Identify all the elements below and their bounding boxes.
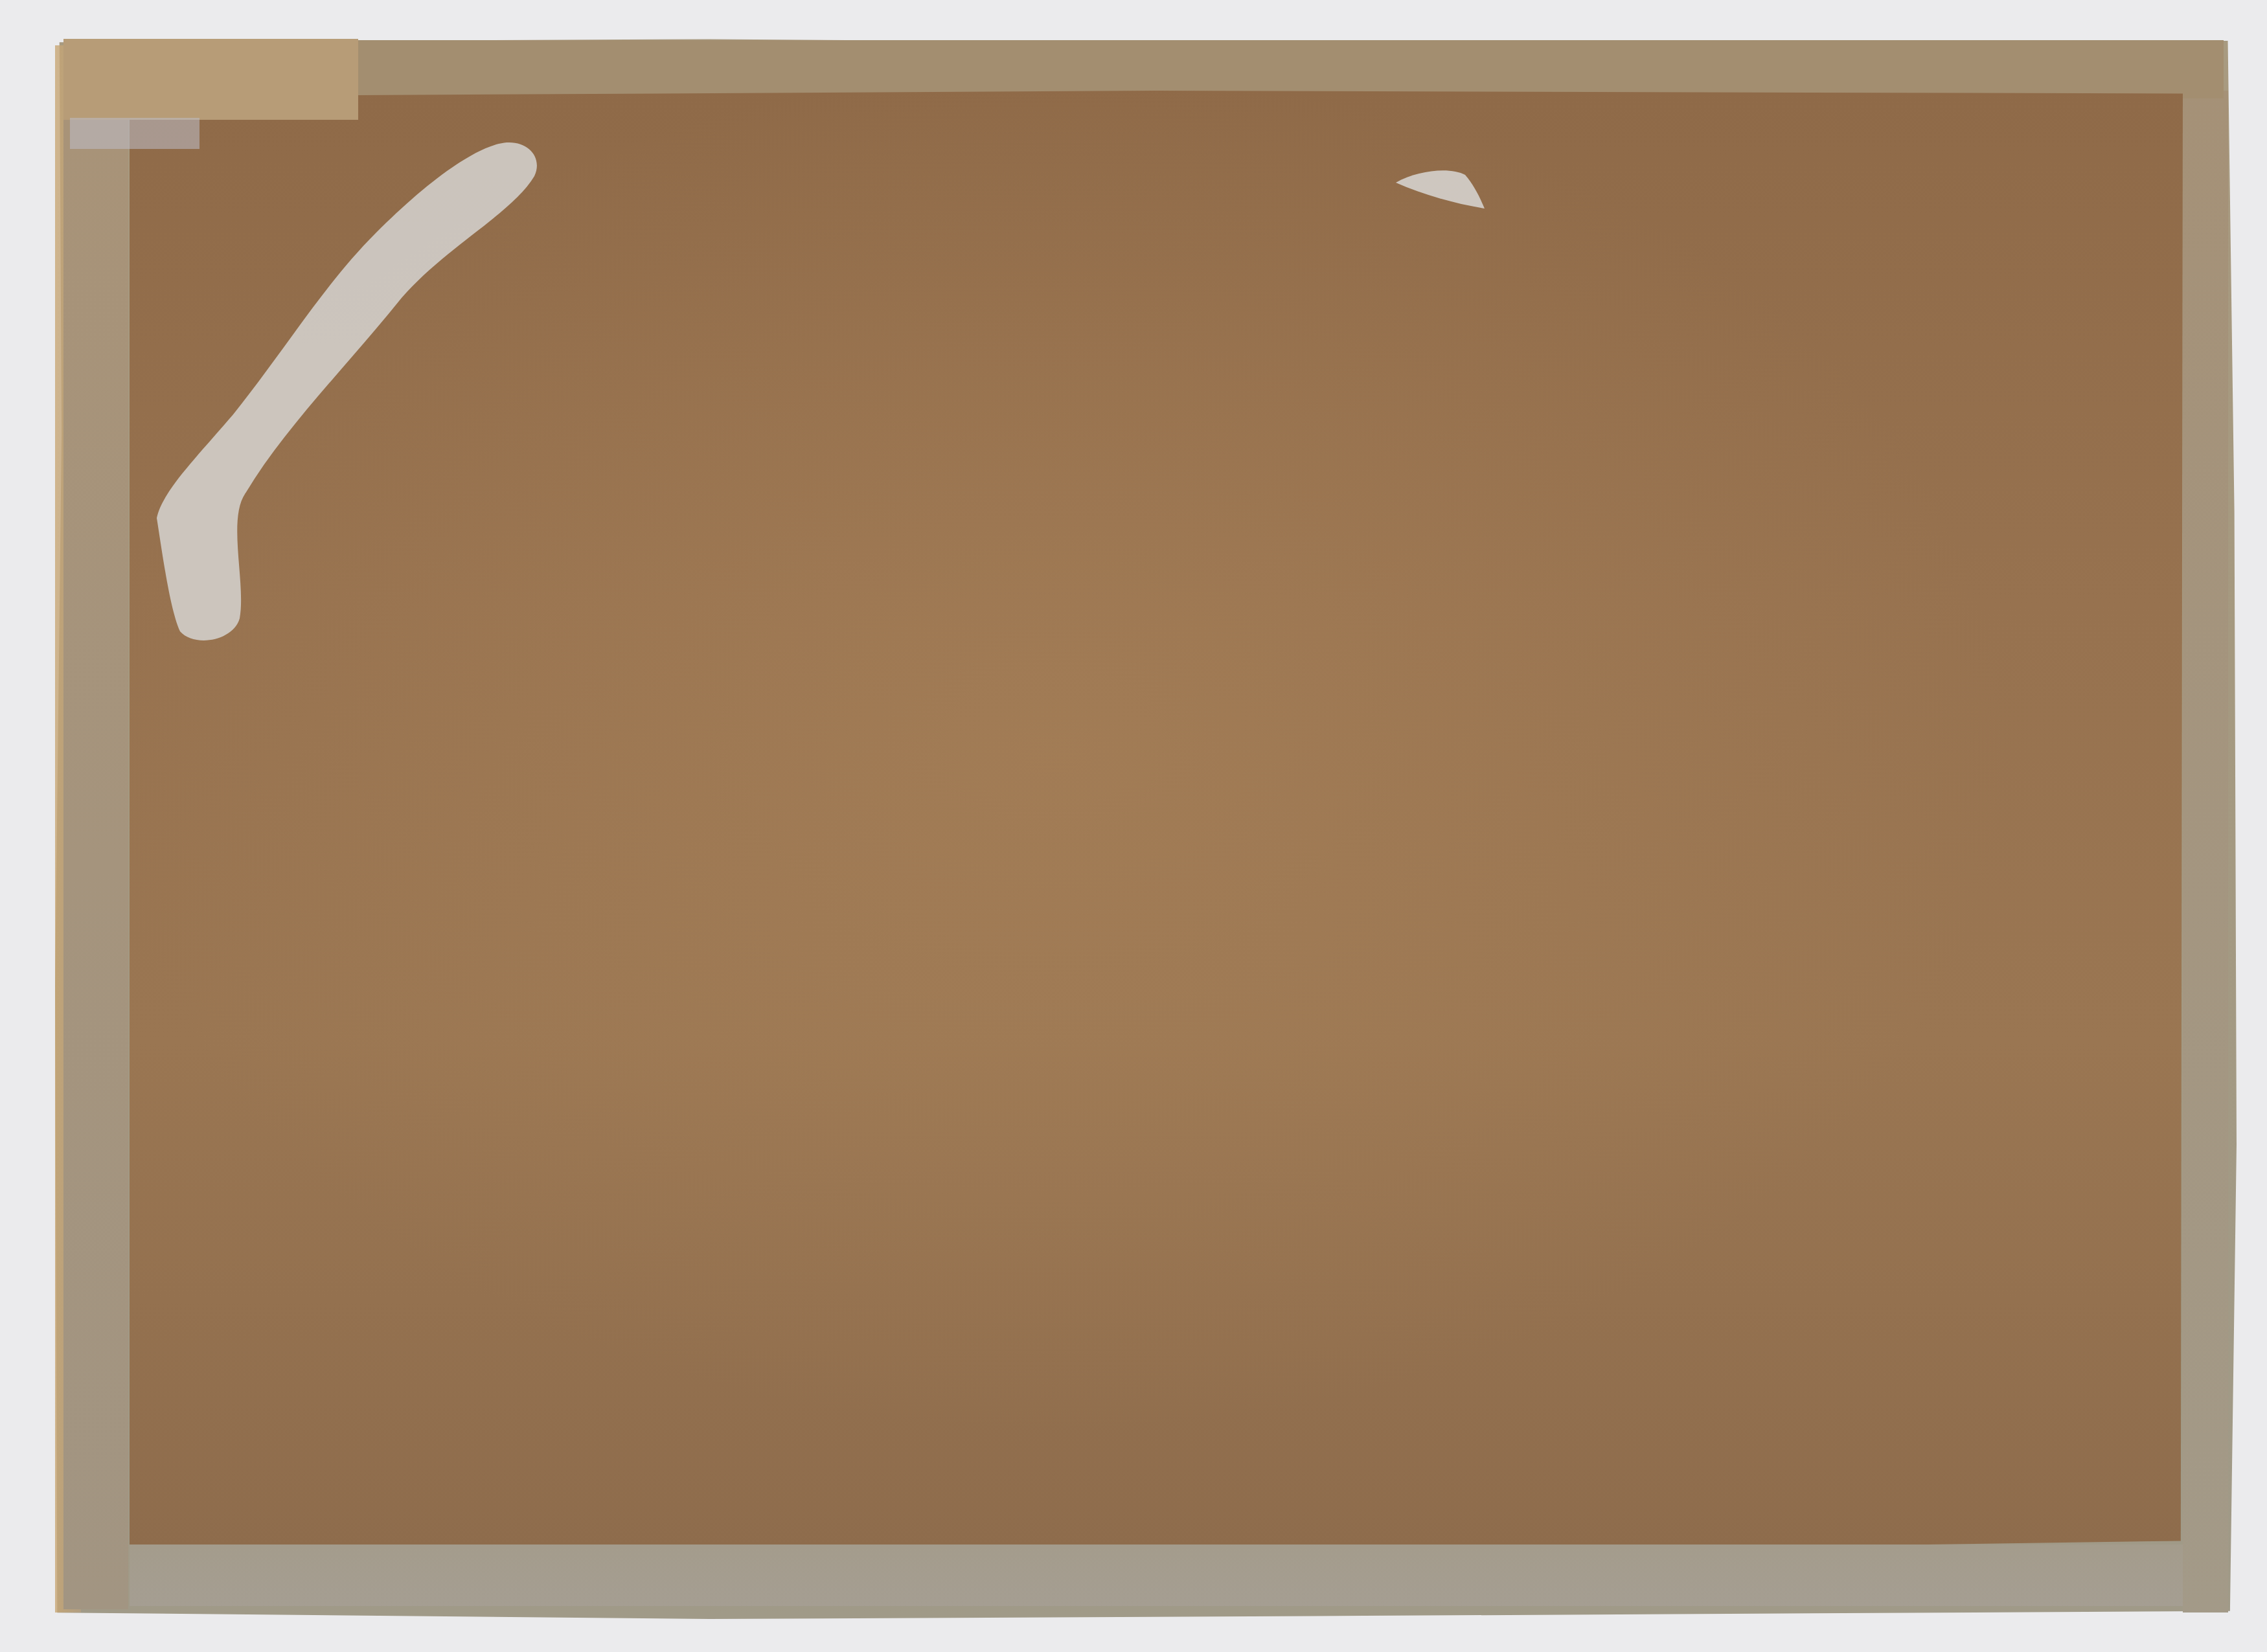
- white-triangle-shape: [1396, 170, 1485, 209]
- white-brushstroke-shape: [0, 0, 2267, 1652]
